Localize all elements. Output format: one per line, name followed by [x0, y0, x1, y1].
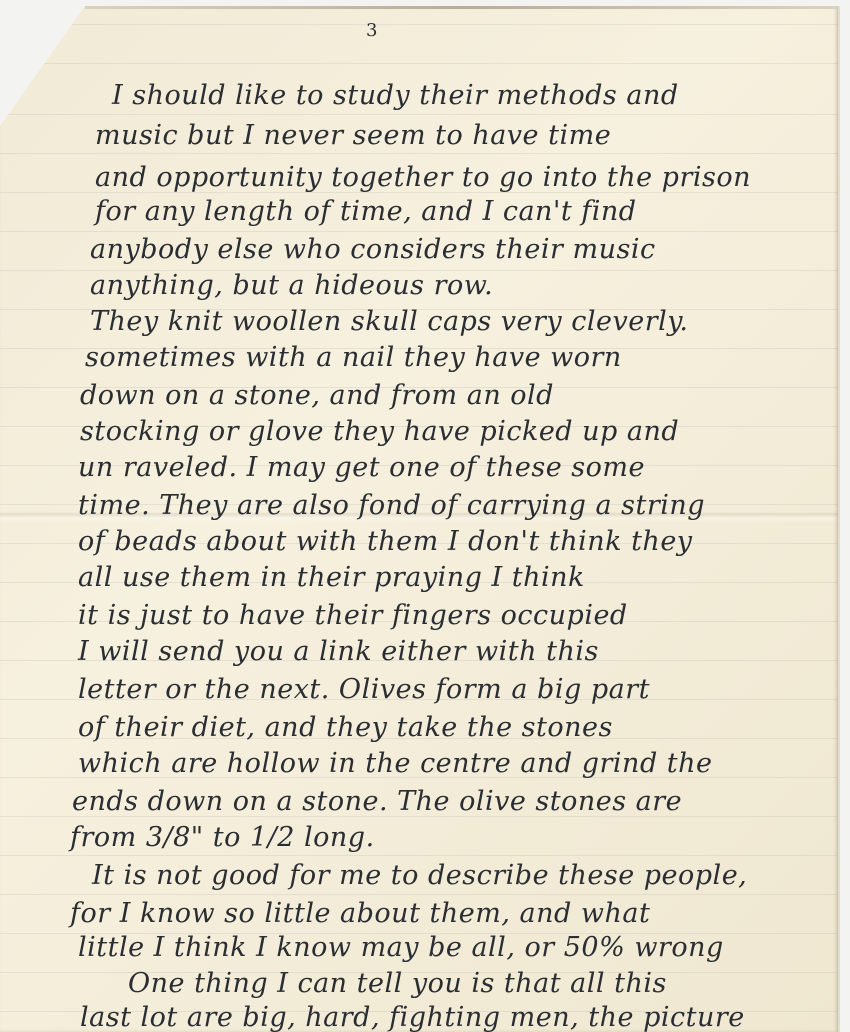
text-line: anybody else who considers their music	[90, 234, 656, 265]
text-line: They knit woollen skull caps very clever…	[90, 306, 689, 337]
text-line: down on a stone, and from an old	[80, 380, 554, 411]
text-line: which are hollow in the centre and grind…	[78, 748, 713, 779]
text-line: all use them in their praying I think	[78, 562, 585, 593]
text-line: ends down on a stone. The olive stones a…	[72, 786, 682, 817]
text-line: I should like to study their methods and	[112, 80, 679, 111]
text-line: time. They are also fond of carrying a s…	[78, 490, 705, 521]
text-line: stocking or glove they have picked up an…	[80, 416, 679, 447]
text-line: it is just to have their fingers occupie…	[78, 600, 628, 631]
text-line: little I think I know may be all, or 50%…	[78, 932, 724, 963]
text-line: last lot are big, hard, fighting men, th…	[80, 1002, 745, 1032]
text-line: from 3/8" to 1/2 long.	[70, 822, 375, 853]
text-line: anything, but a hideous row.	[90, 270, 493, 301]
text-line: for I know so little about them, and wha…	[70, 898, 650, 929]
page-top-edge	[85, 6, 838, 9]
text-line: letter or the next. Olives form a big pa…	[78, 674, 650, 705]
text-line: One thing I can tell you is that all thi…	[128, 968, 667, 999]
page-right-edge	[837, 6, 840, 1032]
text-line: of beads about with them I don't think t…	[78, 526, 693, 557]
text-line: of their diet, and they take the stones	[78, 712, 613, 743]
text-line: and opportunity together to go into the …	[95, 162, 751, 193]
text-line: I will send you a link either with this	[78, 636, 599, 667]
page-number: 3	[366, 20, 377, 41]
text-line: for any length of time, and I can't find	[95, 196, 637, 227]
text-line: sometimes with a nail they have worn	[85, 342, 622, 373]
text-line: It is not good for me to describe these …	[92, 860, 747, 891]
text-line: music but I never seem to have time	[95, 120, 611, 151]
text-line: un raveled. I may get one of these some	[78, 452, 645, 483]
